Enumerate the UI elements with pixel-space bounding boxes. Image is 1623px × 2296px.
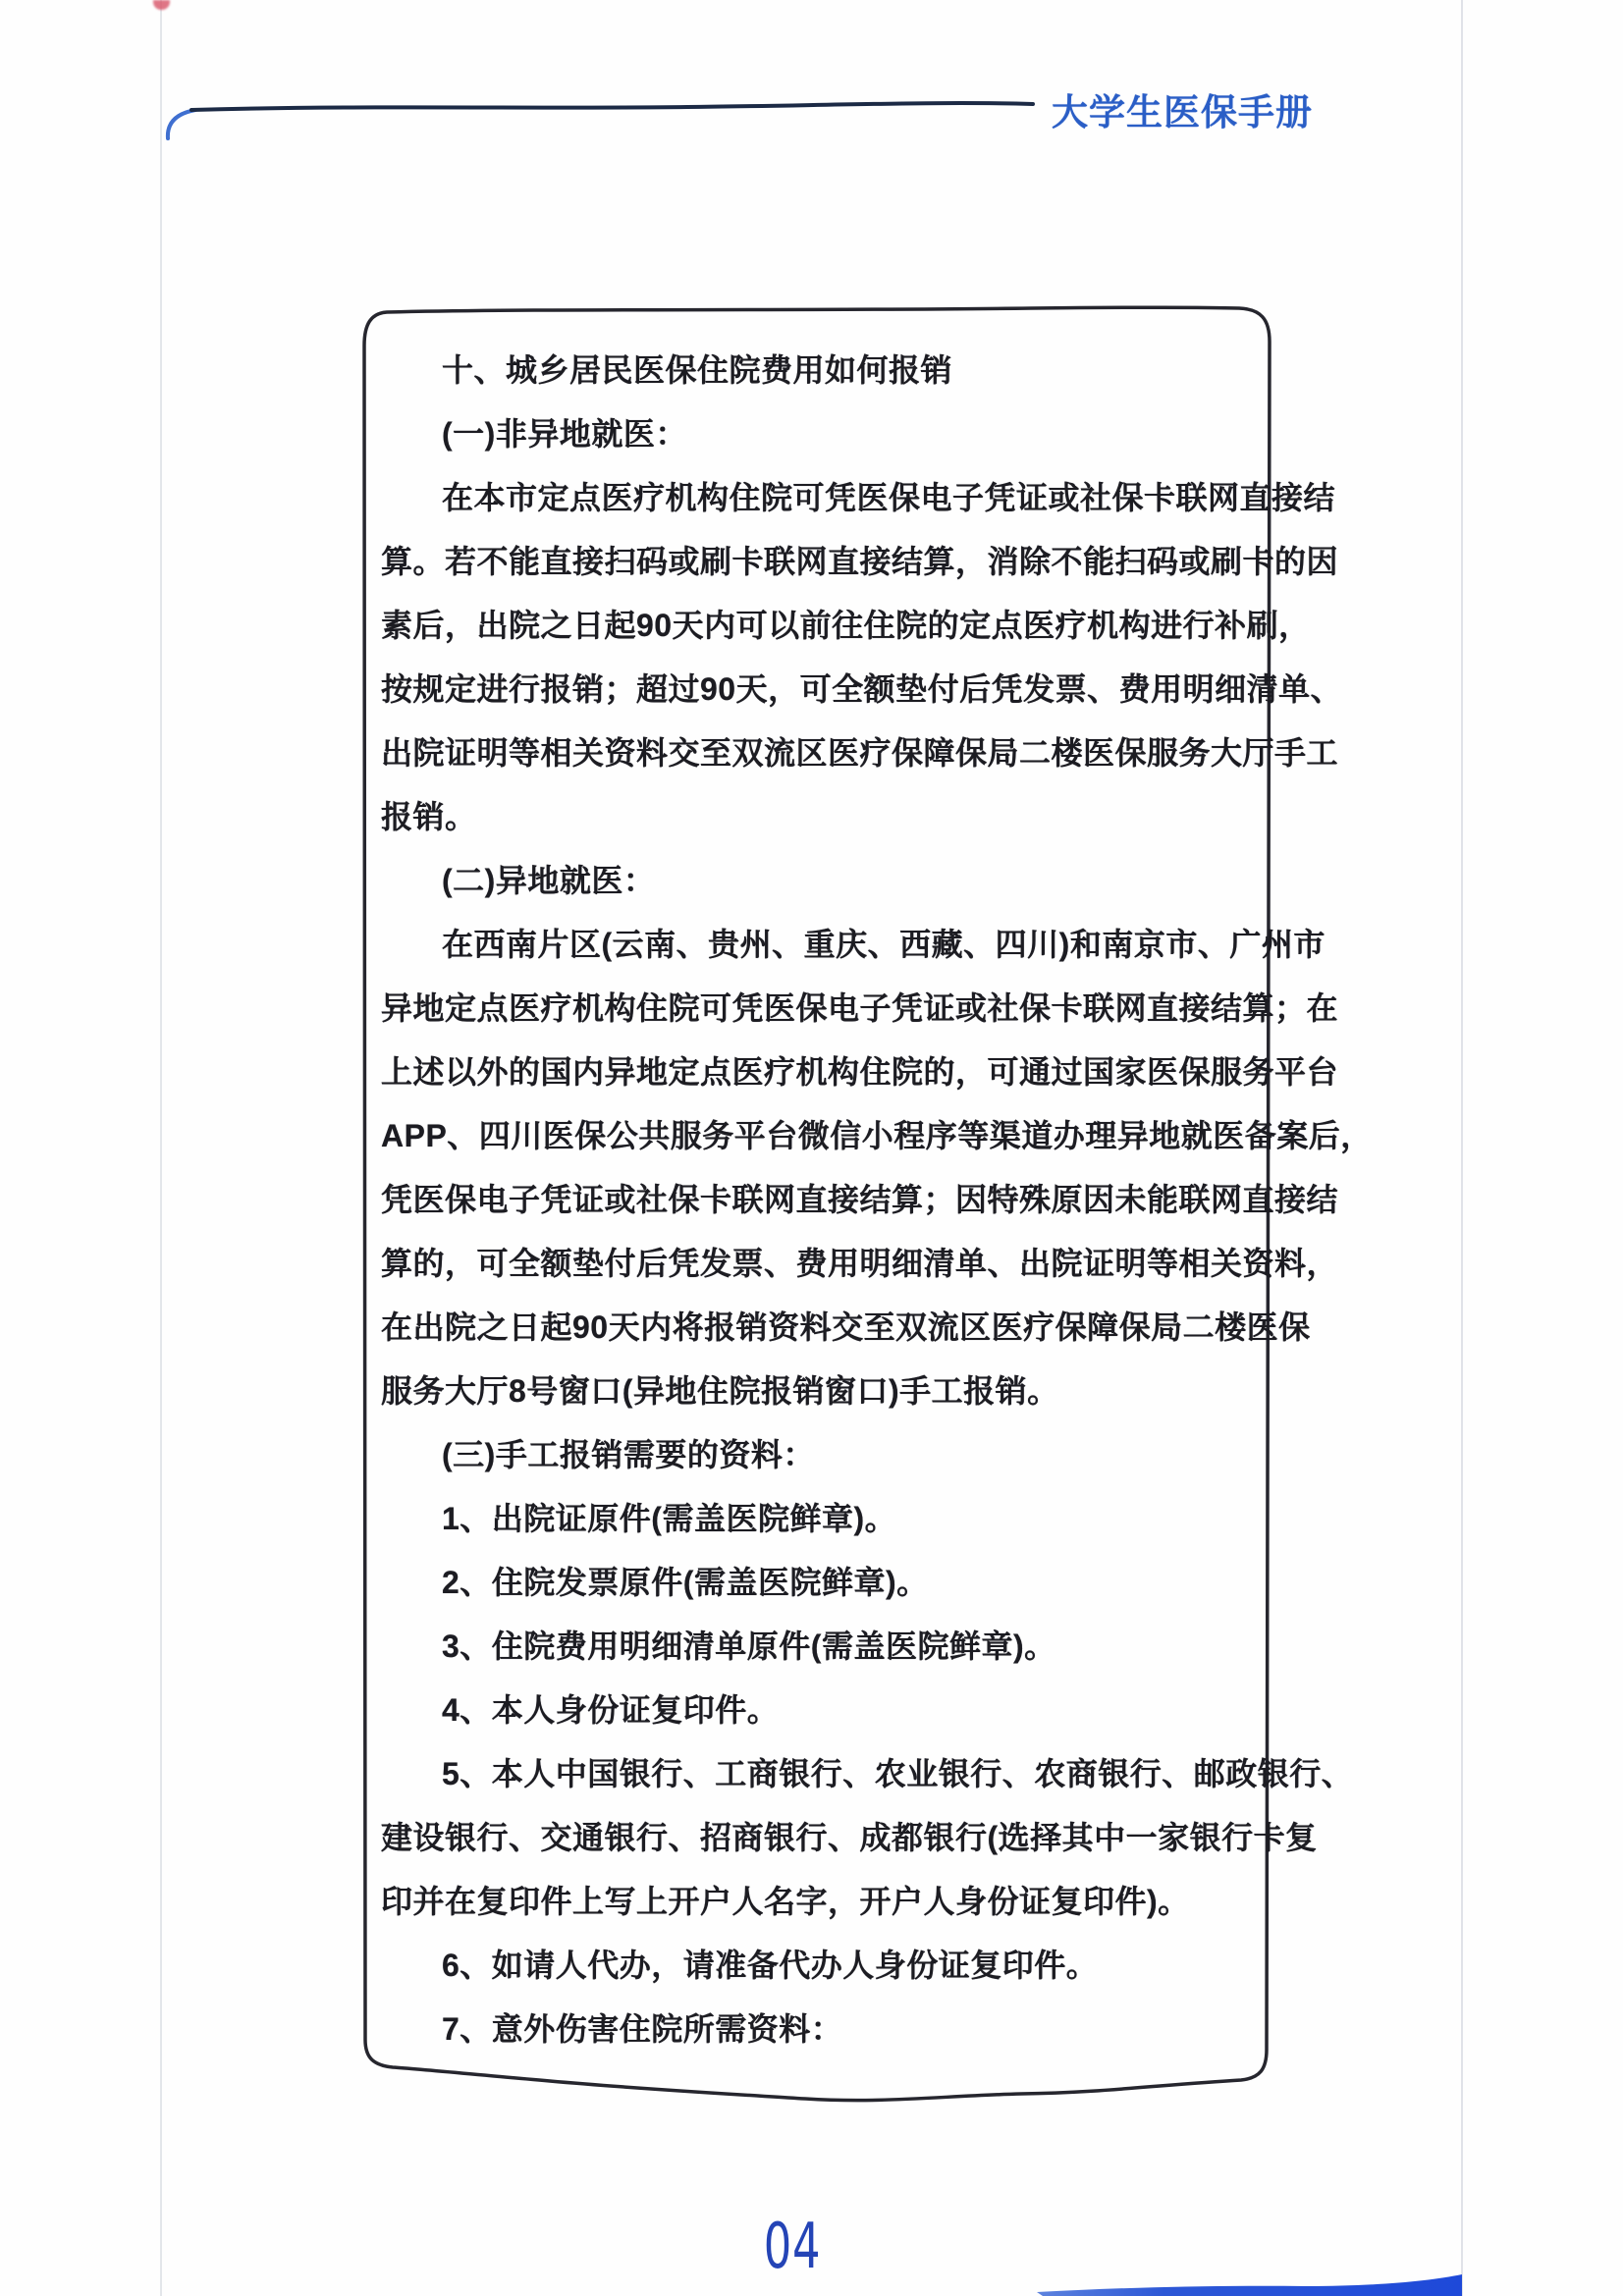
corner-swoosh-decoration <box>0 0 1623 2296</box>
scanned-handbook-page: 大学生医保手册 十、城乡居民医保住院费用如何报销 (一)非异地就医： 在本市定点… <box>0 0 1623 2296</box>
